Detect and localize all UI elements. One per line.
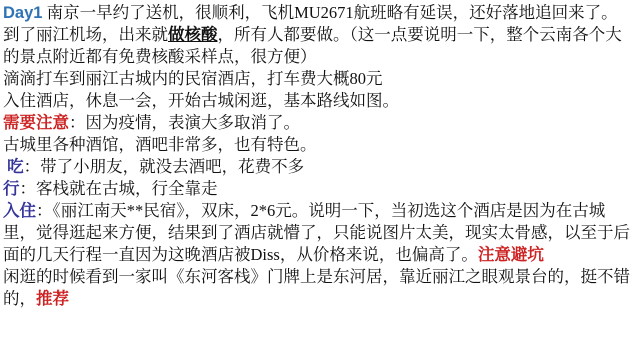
- recommend-label: 推荐: [36, 289, 69, 308]
- para-checkin-stroll: 入住酒店，休息一会，开始古城闲逛，基本路线如图。: [3, 90, 636, 112]
- eat-label: 吃: [3, 157, 24, 176]
- document-page: Day1 南京一早约了送机，很顺利，飞机MU2671航班略有延误，还好落地追回来…: [0, 0, 640, 360]
- para-eat: 吃：带了小朋友，就没去酒吧，花费不多: [3, 156, 636, 178]
- para-donghe-inn: 闲逛的时候看到一家叫《东河客栈》门牌上是东河居，靠近丽江之眼观景台的，挺不错的，…: [3, 266, 636, 310]
- text-run: 南京一早约了送机，很顺利，飞机MU2671航班略有延误，还好落地追回来了。: [42, 3, 617, 22]
- para-stay: 入住：《丽江南天**民宿》，双床，2*6元。说明一下，当初选这个酒店是因为在古城…: [3, 200, 636, 266]
- text-run: 滴滴打车到丽江古城内的民宿酒店，打车费大概80元: [3, 69, 383, 88]
- para-day1-flight: Day1 南京一早约了送机，很顺利，飞机MU2671航班略有延误，还好落地追回来…: [3, 2, 636, 24]
- text-run: ：因为疫情，表演大多取消了。: [69, 113, 300, 132]
- text-run: ：客栈就在古城，行全靠走: [20, 179, 218, 198]
- text-run: 到了丽江机场，出来就: [3, 25, 168, 44]
- para-didi-taxi: 滴滴打车到丽江古城内的民宿酒店，打车费大概80元: [3, 68, 636, 90]
- para-transport: 行：客栈就在古城，行全靠走: [3, 178, 636, 200]
- para-bars: 古城里各种酒馆，酒吧非常多，也有特色。: [3, 134, 636, 156]
- para-airport-nucleic-test: 到了丽江机场，出来就做核酸，所有人都要做。（这一点要说明一下，整个云南各个大的景…: [3, 24, 636, 68]
- notice-label: 需要注意: [3, 113, 69, 132]
- day-label: Day1: [3, 4, 42, 22]
- nucleic-test-highlight: 做核酸: [168, 25, 218, 44]
- avoid-pit-label: 注意避坑: [478, 245, 544, 264]
- text-run: 古城里各种酒馆，酒吧非常多，也有特色。: [3, 135, 317, 154]
- stay-label: 入住: [3, 201, 36, 220]
- text-run: 闲逛的时候看到一家叫《东河客栈》门牌上是东河居，靠近丽江之眼观景台的，挺不错的，: [3, 267, 630, 308]
- para-notice: 需要注意：因为疫情，表演大多取消了。: [3, 112, 636, 134]
- text-run: ：带了小朋友，就没去酒吧，花费不多: [24, 157, 305, 176]
- text-run: 入住酒店，休息一会，开始古城闲逛，基本路线如图。: [3, 91, 399, 110]
- transport-label: 行: [3, 179, 20, 198]
